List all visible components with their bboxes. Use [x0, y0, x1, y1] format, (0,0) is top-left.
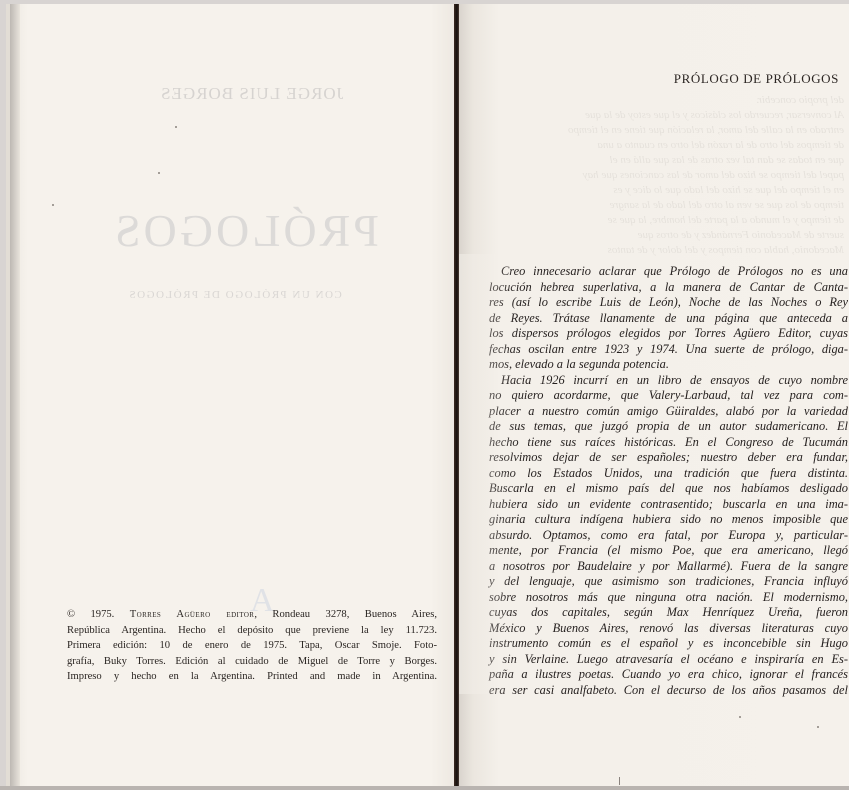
book-spread: JORGE LUIS BORGES PRÓLOGOS CON UN PRÓLOG… — [0, 0, 849, 790]
paragraph-1-line: fechas oscilan entre 1923 y 1974. Una su… — [489, 342, 848, 358]
paper-speck — [739, 716, 741, 718]
paragraph-1-line: los dispersos prólogos elegidos por Torr… — [489, 326, 848, 342]
paragraph-2-line: y sin Verlaine. Luego atravesaría el océ… — [489, 652, 848, 668]
paper-speck — [175, 126, 177, 128]
colophon: © 1975. Torres Agüero editor, Rondeau 32… — [67, 607, 437, 685]
show-through-subtitle: CON UN PRÓLOGO DE PRÓLOGOS — [128, 289, 342, 301]
paragraph-2-line: Hacia 1926 incurrí en un libro de ensayo… — [489, 373, 848, 389]
body-text: Creo innecesario aclarar que Prólogo de … — [489, 264, 848, 698]
paragraph-1-line: de Reyes. Trátase llanamente de una pági… — [489, 311, 848, 327]
paragraph-2-line: resolvimos dejar de ser españoles; nuest… — [489, 450, 848, 466]
left-page: JORGE LUIS BORGES PRÓLOGOS CON UN PRÓLOG… — [6, 4, 456, 786]
paper-speck — [52, 204, 54, 206]
show-through-text: del propio concebir. Al conversar, recue… — [499, 94, 844, 259]
paragraph-2-line: como los Estados Unidos, una tradición q… — [489, 466, 848, 482]
running-head: PRÓLOGO DE PRÓLOGOS — [674, 71, 839, 87]
colophon-line: Primera edición: 10 de enero de 1975. Ta… — [67, 638, 437, 654]
paragraph-2-line: a nosotros por Baudelaire y por Mallarmé… — [489, 559, 848, 575]
paragraph-2-line: hubiera sido un evidente contrasentido; … — [489, 497, 848, 513]
paragraph-2-line: ginaria cultura indígena hubiera sido no… — [489, 512, 848, 528]
colophon-line: grafía, Buky Torres. Edición al cuidado … — [67, 654, 437, 670]
colophon-line: Impreso y hecho en la Argentina. Printed… — [67, 669, 437, 685]
page-edge — [10, 4, 20, 786]
paragraph-2-line: placer a nuestro común amigo Güiraldes, … — [489, 404, 848, 420]
paragraph-2-line: hecho tiene sus raíces históricas. En el… — [489, 435, 848, 451]
paragraph-2-line: era ser casi analfabeto. Con el decurso … — [489, 683, 848, 699]
table-surface — [0, 786, 849, 790]
paragraph-2-line: cuyas dos capitales, según Max Henríquez… — [489, 605, 848, 621]
paragraph-2-line: mente, por Francia (el mismo Poe, que er… — [489, 543, 848, 559]
paragraph-1-line: Creo innecesario aclarar que Prólogo de … — [489, 264, 848, 280]
publisher-name: Torres Agüero editor — [130, 609, 255, 620]
paragraph-2-line: absurdo. Optamos, como era fatal, por Eu… — [489, 528, 848, 544]
paper-speck — [817, 726, 819, 728]
paragraph-2-line: sobre nosotros más que ninguna otra naci… — [489, 590, 848, 606]
paragraph-2-line: de sus temas, que juzgó propia de un aut… — [489, 419, 848, 435]
paragraph-1-line: res (así lo escribe Luis de León), Noche… — [489, 295, 848, 311]
paragraph-1-line: mos, elevado a la segunda potencia. — [489, 357, 848, 373]
colophon-line: República Argentina. Hecho el depósito q… — [67, 623, 437, 639]
show-through-author: JORGE LUIS BORGES — [160, 84, 343, 104]
paper-speck — [158, 172, 160, 174]
paragraph-2-line: paña a ilustres poetas. Cuando yo era ch… — [489, 667, 848, 683]
colophon-line: © 1975. Torres Agüero editor, Rondeau 32… — [67, 607, 437, 623]
paragraph-2-line: no quiero acordarme, que Valery-Larbaud,… — [489, 388, 848, 404]
paragraph-2-line: Buscarla en el mismo país del que nos ha… — [489, 481, 848, 497]
paragraph-2-line: México y Buenos Aires, renovó las divers… — [489, 621, 848, 637]
paper-mark — [619, 777, 620, 785]
right-page: PRÓLOGO DE PRÓLOGOS del propio concebir.… — [459, 4, 849, 786]
show-through-title: PRÓLOGOS — [112, 204, 379, 257]
paragraph-2-line: y del lenguaje, que asimismo son tradici… — [489, 574, 848, 590]
paragraph-2-line: instrumento común es el español y es inc… — [489, 636, 848, 652]
paragraph-1-line: locución hebrea superlativa, a la manera… — [489, 280, 848, 296]
